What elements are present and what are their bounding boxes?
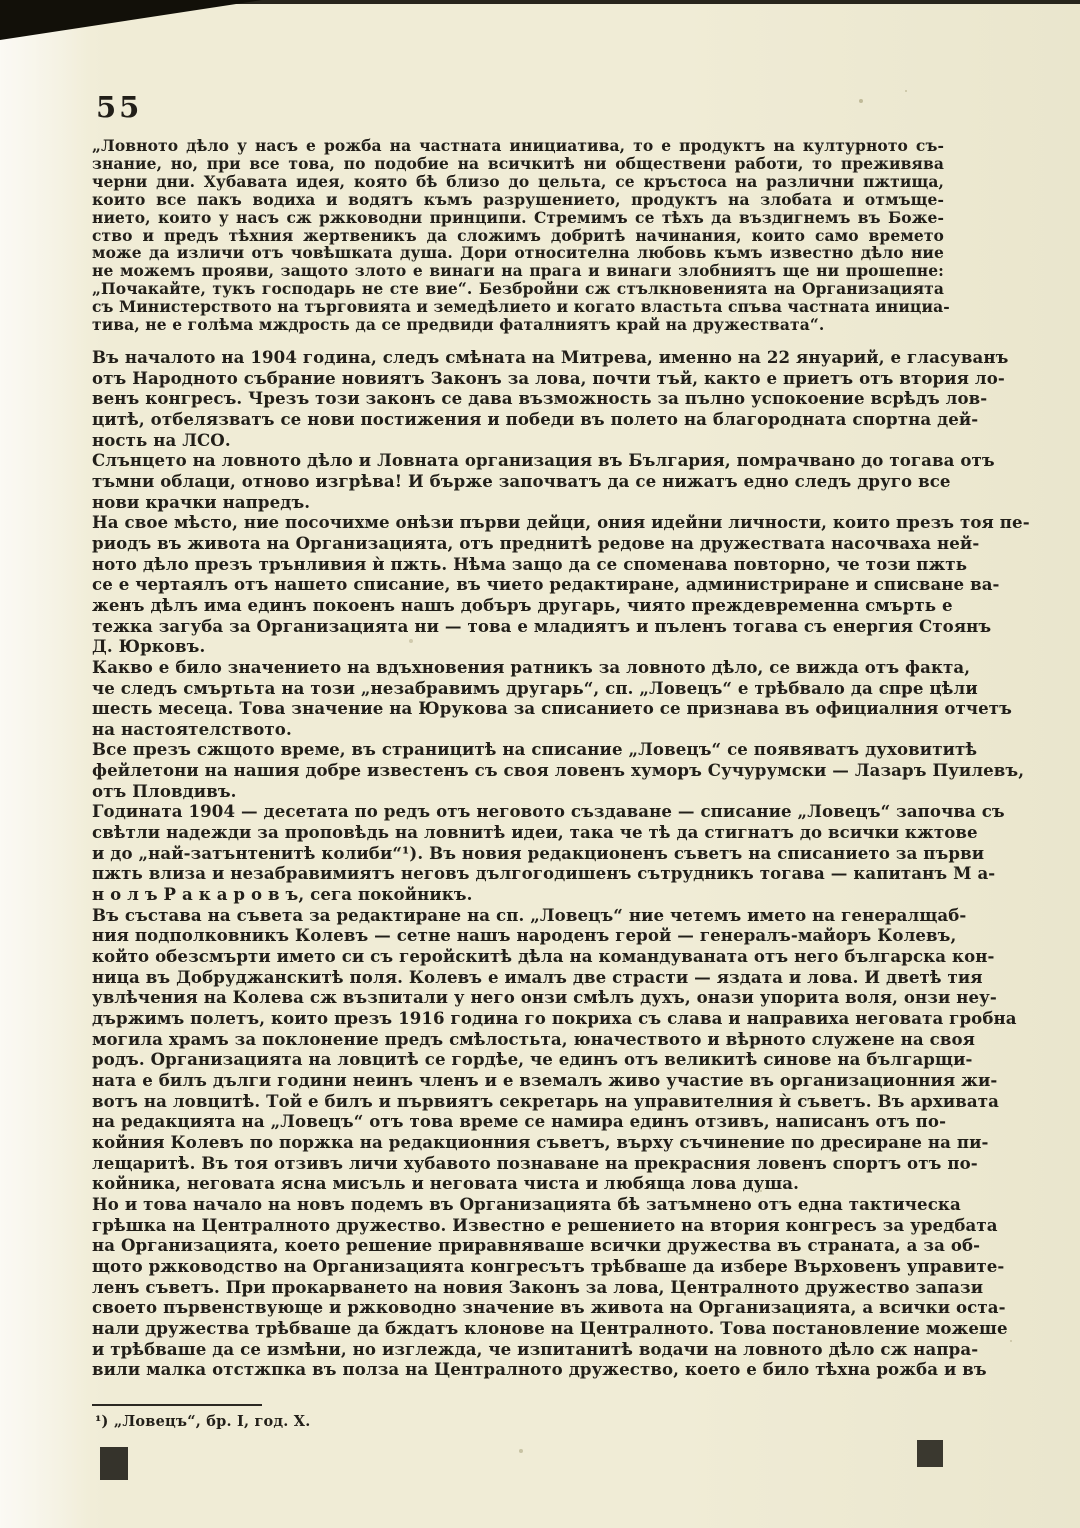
text-line: се е чертаялъ отъ нашето списание, въ чи…: [92, 574, 944, 595]
text-line: ната е билъ дълги години неинъ членъ и е…: [92, 1070, 944, 1091]
text-line: тъмни облаци, отново изгрѣва! И бърже за…: [92, 471, 944, 492]
page-number: 55: [96, 90, 142, 124]
text-line: шесть месеца. Това значение на Юрукова з…: [92, 698, 944, 719]
text-line: знание, но, при все това, по подобие на …: [92, 155, 944, 173]
text-line: могила храмъ за поклонение предъ смѣлост…: [92, 1029, 944, 1050]
text-line: женъ дѣлъ има единъ покоенъ нашъ добъръ …: [92, 595, 944, 616]
text-line: нието, които у насъ сж ржководни принцип…: [92, 209, 944, 227]
text-line: на настоятелството.: [92, 719, 944, 740]
text-line: който обезсмърти името си съ геройскитѣ …: [92, 946, 944, 967]
text-line: Слънцето на ловното дѣло и Ловната орган…: [92, 450, 944, 471]
text-line: и до „най-затънтенитѣ колиби“¹). Въ нови…: [92, 843, 944, 864]
text-line: черни дни. Хубавата идея, която бѣ близо…: [92, 173, 944, 191]
text-line: Годината 1904 — десетата по редъ отъ нег…: [92, 801, 944, 822]
scan-corner-shadow: [0, 0, 262, 40]
text-line: нови крачки напредъ.: [92, 492, 944, 513]
text-line: вотъ на ловцитѣ. Той е билъ и първиятъ с…: [92, 1091, 944, 1112]
text-line: и трѣбваше да се измѣни, но изглежда, че…: [92, 1339, 944, 1360]
text-line: които все пакъ водиха и водятъ къмъ разр…: [92, 191, 944, 209]
paragraph-2: Слънцето на ловното дѣло и Ловната орган…: [92, 450, 944, 512]
text-line: свѣтли надежди за проповѣдь на ловнитѣ и…: [92, 822, 944, 843]
text-line: На свое мѣсто, ние посочихме онѣзи първи…: [92, 512, 944, 533]
text-line: лещаритѣ. Въ тоя отзивъ личи хубавото по…: [92, 1153, 944, 1174]
paragraph-6: Годината 1904 — десетата по редъ отъ нег…: [92, 801, 944, 904]
page-edge-sheen: [0, 0, 88, 1528]
quote-paragraph: „Ловното дѣло у насъ е рожба на частната…: [92, 137, 944, 334]
text-line: венъ конгресъ. Чрезъ този законъ се дава…: [92, 388, 944, 409]
paragraph-3: На свое мѣсто, ние посочихме онѣзи първи…: [92, 512, 944, 657]
text-line: ница въ Добруджанскитѣ поля. Колевъ е им…: [92, 967, 944, 988]
paragraph-7: Въ състава на съвета за редактиране на с…: [92, 905, 944, 1194]
text-line: че следъ смъртьта на този „незабравимъ д…: [92, 678, 944, 699]
paragraph-5: Все презъ сжщото време, въ страницитѣ на…: [92, 739, 944, 801]
paragraph-4: Какво е било значението на вдъхновения р…: [92, 657, 944, 740]
text-line: Все презъ сжщото време, въ страницитѣ на…: [92, 739, 944, 760]
footnote-marker: ¹): [95, 1413, 109, 1430]
text-line: може да изличи отъ човѣшката душа. Дори …: [92, 244, 944, 262]
text-line: тежка загуба за Организацията ни — това …: [92, 616, 944, 637]
text-line: своето първенствующе и ржководно значени…: [92, 1297, 944, 1318]
text-line: съ Министерството на търговията и земедѣ…: [92, 298, 944, 316]
text-line: Въ състава на съвета за редактиране на с…: [92, 905, 944, 926]
text-line: ното дѣло презъ трънливия ѝ пжть. Нѣма з…: [92, 554, 944, 575]
text-line: отъ Пловдивъ.: [92, 781, 944, 802]
text-line: Д. Юрковъ.: [92, 636, 944, 657]
text-line: увлѣчения на Колева сж възпитали у него …: [92, 987, 944, 1008]
text-line: „Почакайте, тукъ господарь не сте вие“. …: [92, 280, 944, 298]
text-line: ность на ЛСО.: [92, 430, 944, 451]
text-line: вили малка отстжпка въ полза на Централн…: [92, 1359, 944, 1380]
scanned-page: 55 „Ловното дѣло у насъ е рожба на частн…: [0, 0, 1080, 1528]
text-line: фейлетони на нашия добре известенъ съ св…: [92, 760, 944, 781]
body-text: Въ началото на 1904 година, следъ смѣнат…: [92, 347, 944, 1380]
text-line: родъ. Организацията на ловцитѣ се гордѣе…: [92, 1049, 944, 1070]
text-line: не можемъ прояви, защото злото е винаги …: [92, 262, 944, 280]
text-line: Какво е било значението на вдъхновения р…: [92, 657, 944, 678]
text-line: цитѣ, отбелязватъ се нови постижения и п…: [92, 409, 944, 430]
text-line: риодъ въ живота на Организацията, отъ пр…: [92, 533, 944, 554]
text-line: ленъ съветъ. При прокарването на новия З…: [92, 1277, 944, 1298]
text-line: ния подполковникъ Колевъ — сетне нашъ на…: [92, 925, 944, 946]
footnote-rule: [92, 1404, 262, 1406]
text-line: н о л ъ Р а к а р о в ъ, сега покойникъ.: [92, 884, 944, 905]
text-line: койния Колевъ по поржка на редакционния …: [92, 1132, 944, 1153]
paper-speckles: [0, 0, 2, 2]
text-line: отъ Народното събрание новиятъ Законъ за…: [92, 368, 944, 389]
paragraph-8: Но и това начало на новъ подемъ въ Орган…: [92, 1194, 944, 1380]
paragraph-1: Въ началото на 1904 година, следъ смѣнат…: [92, 347, 944, 450]
text-line: на Организацията, което решение приравня…: [92, 1235, 944, 1256]
text-line: ство и предъ тѣхния жертвеникъ да сложим…: [92, 227, 944, 245]
footnote: ¹) „Ловецъ“, бр. I, год. X.: [95, 1413, 310, 1430]
text-line: нали дружества трѣбваше да бждатъ клонов…: [92, 1318, 944, 1339]
text-line: пжть влиза и незабравимиятъ неговъ дълго…: [92, 863, 944, 884]
text-line: тива, не е голѣма мждрость да се предвид…: [92, 316, 944, 334]
registration-mark-right: [917, 1440, 943, 1467]
text-line: „Ловното дѣло у насъ е рожба на частната…: [92, 137, 944, 155]
footnote-text: „Ловецъ“, бр. I, год. X.: [114, 1413, 311, 1430]
text-line: държимъ полетъ, които презъ 1916 година …: [92, 1008, 944, 1029]
text-line: щото ржководство на Организацията конгре…: [92, 1256, 944, 1277]
text-line: на редакцията на „Ловецъ“ отъ това време…: [92, 1111, 944, 1132]
text-line: койника, неговата ясна мисъль и неговата…: [92, 1173, 944, 1194]
registration-mark-left: [100, 1447, 128, 1480]
text-line: Но и това начало на новъ подемъ въ Орган…: [92, 1194, 944, 1215]
text-line: грѣшка на Централното дружество. Известн…: [92, 1215, 944, 1236]
text-line: Въ началото на 1904 година, следъ смѣнат…: [92, 347, 944, 368]
